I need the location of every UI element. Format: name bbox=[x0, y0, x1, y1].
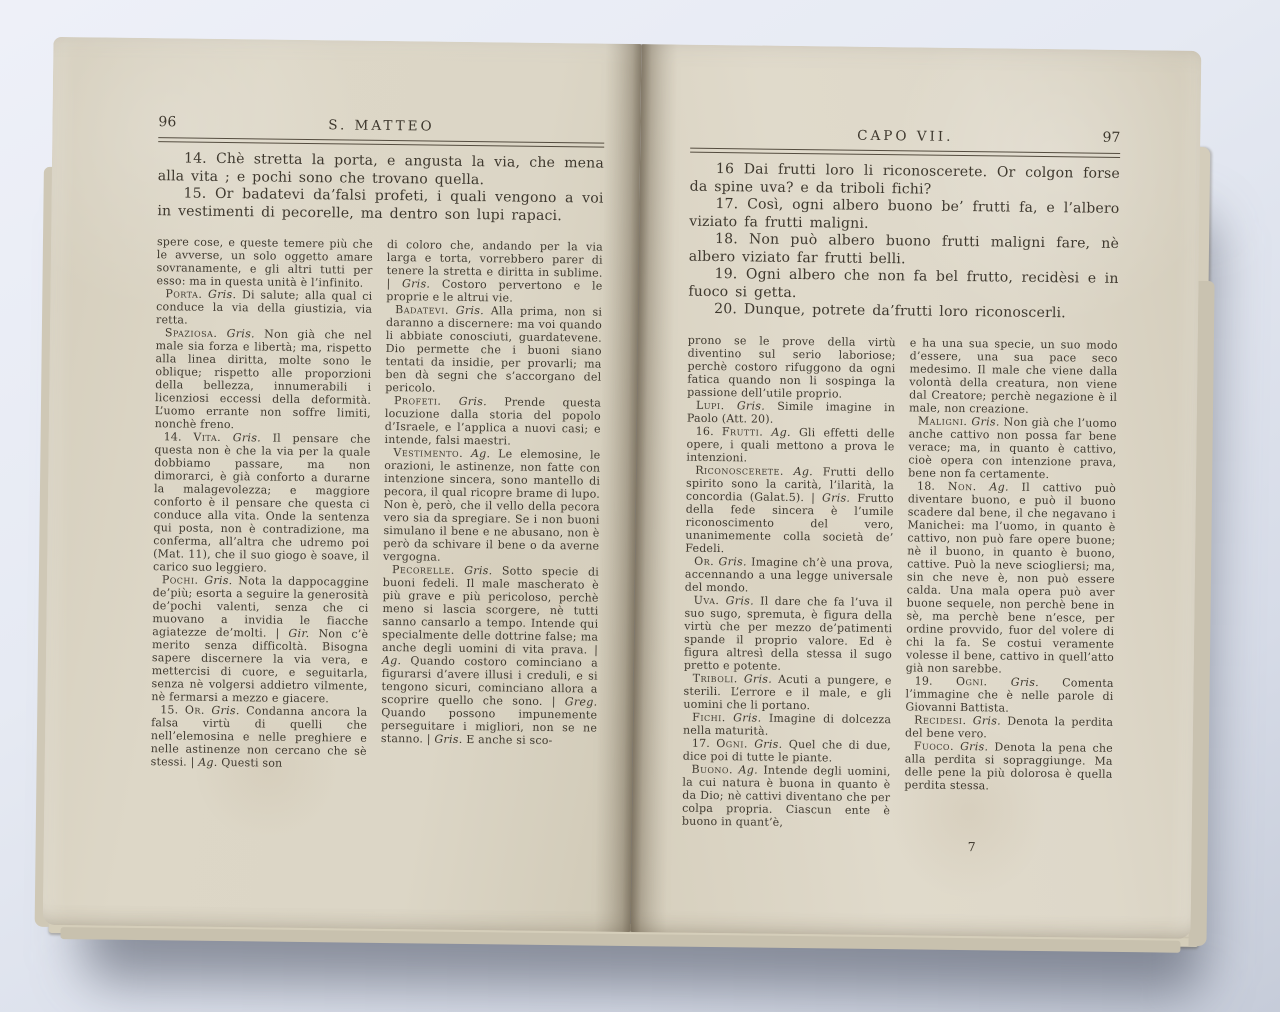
commentary-entry: Maligni. Gris. Non già che l’uomo anche … bbox=[908, 414, 1117, 482]
verse-block: 14. Chè stretta la porta, e angusta la v… bbox=[157, 150, 604, 225]
commentary-entry: prono se le prove della virtù diventino … bbox=[687, 333, 896, 401]
page-left-content: 96 S. MATTEO 14. Chè stretta la porta, e… bbox=[151, 114, 605, 773]
verse-line: 16 Dai frutti loro li riconoscerete. Or … bbox=[690, 161, 1120, 201]
commentary-columns: spere cose, e queste temere più che le a… bbox=[151, 235, 603, 773]
book-page-left: 96 S. MATTEO 14. Chè stretta la porta, e… bbox=[43, 37, 642, 932]
commentary-entry: Uva. Gris. Il dare che fa l’uva il suo s… bbox=[684, 593, 893, 674]
photo-background: 96 S. MATTEO 14. Chè stretta la porta, e… bbox=[0, 0, 1280, 1012]
commentary-entry: Riconoscerete. Ag. Frutti dello spirito … bbox=[685, 463, 894, 557]
commentary-entry: Pecorelle. Gris. Sotto specie di buoni f… bbox=[381, 563, 599, 748]
verse-line: 15. Or badatevi da’falsi profeti, i qual… bbox=[157, 185, 603, 225]
commentary-entry: e ha una sua specie, un suo modo d’esser… bbox=[909, 336, 1118, 417]
commentary-entry: Buono. Ag. Intende degli uomini, la cui … bbox=[682, 762, 891, 830]
commentary-entry: Or. Gris. Imagine ch’è una prova, accenn… bbox=[685, 554, 893, 596]
commentary-entry: Fichi. Gris. Imagine di dolcezza nella m… bbox=[683, 710, 891, 739]
header-rule bbox=[690, 148, 1120, 158]
commentary-entry: Pochi. Gris. Nota la dappocaggine de’più… bbox=[151, 573, 369, 706]
open-book: 96 S. MATTEO 14. Chè stretta la porta, e… bbox=[39, 37, 1226, 943]
page-number: 97 bbox=[1102, 130, 1120, 146]
commentary-entry: Triboli. Gris. Acuti a pungere, e steril… bbox=[683, 671, 891, 713]
commentary-entry: Recidesi. Gris. Denota la perdita del be… bbox=[905, 713, 1113, 742]
verse-line: 17. Così, ogni albero buono be’ frutti f… bbox=[689, 196, 1119, 236]
commentary-column: di coloro che, andando per la via larga … bbox=[381, 238, 603, 774]
commentary-entry: 16. Frutti. Ag. Gli effetti delle opere,… bbox=[686, 424, 894, 466]
page-right-header: CAPO VII. 97 bbox=[690, 125, 1120, 150]
commentary-entry: 18. Non. Ag. Il cattivo può diventare bu… bbox=[906, 479, 1116, 677]
commentary-columns: prono se le prove della virtù diventino … bbox=[682, 333, 1118, 832]
commentary-entry: 17. Ogni. Gris. Quel che di due, dice po… bbox=[683, 736, 891, 765]
page-left-header: 96 S. MATTEO bbox=[158, 114, 604, 139]
verse-block: 16 Dai frutti loro li riconoscerete. Or … bbox=[688, 161, 1120, 324]
commentary-column: prono se le prove della virtù diventino … bbox=[682, 333, 896, 830]
page-number: 96 bbox=[158, 114, 176, 130]
commentary-entry: spere cose, e queste temere più che le a… bbox=[156, 235, 373, 290]
commentary-entry: 19. Ogni. Gris. Comenta l’immagine che è… bbox=[905, 674, 1113, 716]
book-page-right: CAPO VII. 97 16 Dai frutti loro li ricon… bbox=[631, 44, 1202, 939]
commentary-entry: Porta. Gris. Di salute; alla qual ci con… bbox=[156, 287, 372, 329]
commentary-entry: Vestimento. Ag. Le elemosine, le orazion… bbox=[383, 446, 600, 566]
commentary-entry: Spaziosa. Gris. Non già che nel male sia… bbox=[155, 326, 372, 433]
commentary-entry: 14. Vita. Gris. Il pensare che questa no… bbox=[153, 430, 371, 576]
commentary-column: spere cose, e queste temere più che le a… bbox=[151, 235, 373, 771]
commentary-entry: 15. Or. Gris. Condanna ancora la falsa v… bbox=[151, 703, 368, 771]
running-title: CAPO VII. bbox=[857, 128, 953, 145]
commentary-entry: Profeti. Gris. Prende questa locuzione d… bbox=[385, 394, 602, 449]
commentary-column: e ha una sua specie, un suo modo d’esser… bbox=[904, 336, 1118, 833]
running-title: S. MATTEO bbox=[328, 117, 435, 134]
commentary-entry: Fuoco. Gris. Denota la pena che alla per… bbox=[904, 739, 1113, 794]
commentary-entry: Badatevi. Gris. Alla prima, non si daran… bbox=[385, 303, 602, 397]
verse-line: 19. Ogni albero che non fa bel frutto, r… bbox=[688, 266, 1118, 306]
verse-line: 18. Non può albero buono frutti maligni … bbox=[689, 231, 1119, 271]
commentary-entry: di coloro che, andando per la via larga … bbox=[386, 238, 603, 306]
signature-mark: 7 bbox=[682, 835, 1112, 855]
page-right-content: CAPO VII. 97 16 Dai frutti loro li ricon… bbox=[682, 125, 1121, 856]
commentary-entry: Lupi. Gris. Simile imagine in Paolo (Att… bbox=[687, 398, 895, 427]
verse-line: 14. Chè stretta la porta, e angusta la v… bbox=[158, 150, 604, 190]
